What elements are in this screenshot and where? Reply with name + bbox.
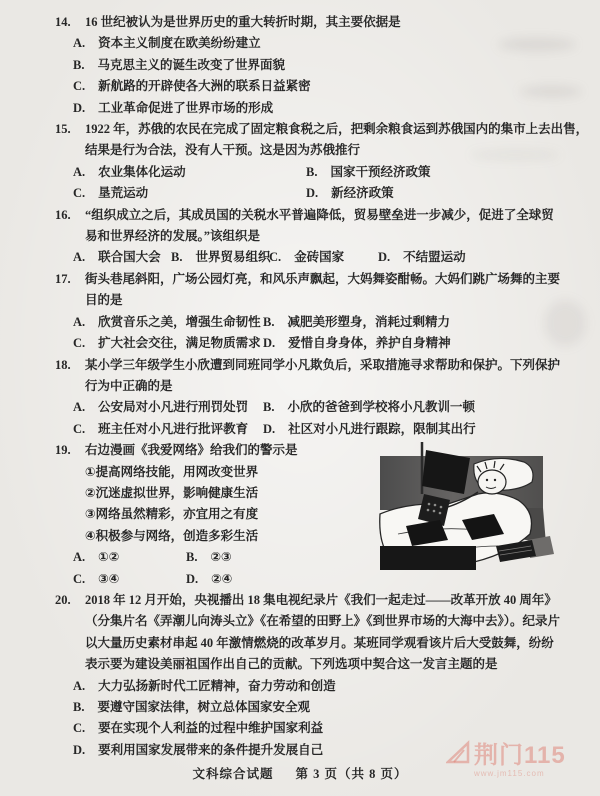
question-15-option-b: B.国家干预经济政策	[306, 162, 430, 183]
question-17-option-c: C.扩大社会交往，满足物质需求	[73, 333, 263, 354]
option-label: B.	[171, 247, 182, 268]
question-18-option-b: B.小欣的爸爸到学校将小凡教训一顿	[263, 397, 475, 418]
option-label: A.	[73, 676, 85, 697]
option-text: ③④	[98, 569, 119, 590]
option-text: 欣赏音乐之美，增强生命韧性	[98, 312, 261, 333]
option-text: 要在实现个人利益的过程中维护国家利益	[98, 718, 323, 739]
option-text: 金砖国家	[294, 247, 344, 268]
option-label: A.	[73, 397, 85, 418]
option-label: C.	[73, 569, 85, 590]
option-text: ①②	[98, 547, 119, 568]
exam-page-3: 14. 16 世纪被认为是世界历史的重大转折时期，其主要依据是 A.资本主义制度…	[0, 0, 600, 796]
option-text: 大力弘扬新时代工匠精神，奋力劳动和创造	[98, 676, 336, 697]
option-label: C.	[73, 183, 85, 204]
question-18-stem: 行为中正确的是	[85, 376, 572, 397]
question-18-option-c: C.班主任对小凡进行批评教育	[73, 419, 263, 440]
option-text: 要遵守国家法律，树立总体国家安全观	[97, 697, 310, 718]
option-text: 世界贸易组织	[195, 247, 270, 268]
question-20-option-b: B.要遵守国家法律，树立总体国家安全观	[73, 697, 572, 718]
question-14: 14. 16 世纪被认为是世界历史的重大转折时期，其主要依据是 A.资本主义制度…	[55, 12, 572, 119]
question-20-stem: 2018 年 12 月开始，央视播出 18 集电视纪录片《我们一起走过——改革开…	[85, 590, 572, 611]
question-20-stem: （分集片名《弄潮儿向涛头立》《在希望的田野上》《到世界市场的大海中去》）。纪录片	[85, 611, 572, 632]
question-16: 16. “组织成立之后，其成员国的关税水平普遍降低，贸易壁垒进一步减少，促进了全…	[55, 205, 572, 269]
option-text: 工业革命促进了世界市场的形成	[98, 98, 273, 119]
question-16-option-d: D.不结盟运动	[378, 247, 466, 268]
option-text: 马克思主义的诞生改变了世界面貌	[97, 55, 285, 76]
question-20: 20. 2018 年 12 月开始，央视播出 18 集电视纪录片《我们一起走过—…	[55, 590, 572, 761]
question-20-option-d: D.要利用国家发展带来的条件提升发展自己	[73, 740, 572, 761]
option-text: 班主任对小凡进行批评教育	[98, 419, 248, 440]
option-label: D.	[263, 333, 275, 354]
question-18: 18. 某小学三年级学生小欣遭到同班同学小凡欺负后，采取措施寻求帮助和保护。下列…	[55, 355, 572, 441]
option-text: 社区对小凡进行跟踪，限制其出行	[288, 419, 476, 440]
option-label: D.	[186, 569, 198, 590]
question-14-stem: 16 世纪被认为是世界历史的重大转折时期，其主要依据是	[85, 12, 572, 33]
question-14-option-a: A.资本主义制度在欧美纷纷建立	[73, 33, 572, 54]
option-label: B.	[73, 697, 84, 718]
option-text: 减肥美形塑身，消耗过剩精力	[287, 312, 450, 333]
option-text: ②④	[211, 569, 232, 590]
question-16-option-c: C.金砖国家	[269, 247, 378, 268]
option-label: B.	[186, 547, 197, 568]
option-label: D.	[263, 419, 275, 440]
option-text: 国家干预经济政策	[330, 162, 430, 183]
option-label: B.	[263, 397, 274, 418]
option-label: C.	[73, 333, 85, 354]
option-text: 新经济政策	[331, 183, 394, 204]
option-label: B.	[73, 55, 84, 76]
question-20-option-c: C.要在实现个人利益的过程中维护国家利益	[73, 718, 572, 739]
cartoon-person-in-bed-with-devices	[378, 442, 558, 584]
question-15: 15. 1922 年，苏俄的农民在完成了固定粮食税之后，把剩余粮食运到苏俄国内的…	[55, 119, 572, 205]
question-15-stem: 结果是行为合法，没有人干预。这是因为苏俄推行	[85, 140, 572, 161]
option-label: B.	[263, 312, 274, 333]
question-15-option-d: D.新经济政策	[306, 183, 394, 204]
option-label: C.	[73, 76, 85, 97]
question-18-option-a: A.公安局对小凡进行刑罚处罚	[73, 397, 263, 418]
option-label: C.	[73, 718, 85, 739]
question-14-option-b: B.马克思主义的诞生改变了世界面貌	[73, 55, 572, 76]
question-15-option-a: A.农业集体化运动	[73, 162, 306, 183]
question-16-option-a: A.联合国大会	[73, 247, 171, 268]
option-text: 小欣的爸爸到学校将小凡教训一顿	[287, 397, 475, 418]
question-14-option-c: C.新航路的开辟使各大洲的联系日益紧密	[73, 76, 572, 97]
option-label: D.	[73, 98, 85, 119]
question-19-option-c: C.③④	[73, 569, 186, 590]
option-text: 公安局对小凡进行刑罚处罚	[98, 397, 248, 418]
question-20-stem: 以大量历史素材串起 40 年激情燃烧的改革岁月。某班同学观看该片后大受鼓舞，纷纷	[85, 633, 572, 654]
option-label: C.	[73, 419, 85, 440]
option-label: A.	[73, 547, 85, 568]
option-text: 扩大社会交往，满足物质需求	[98, 333, 261, 354]
option-label: C.	[269, 247, 281, 268]
option-text: 新航路的开辟使各大洲的联系日益紧密	[98, 76, 311, 97]
question-18-option-d: D.社区对小凡进行跟踪，限制其出行	[263, 419, 476, 440]
question-17-stem: 街头巷尾斜阳，广场公园灯亮，和风乐声飘起，大妈舞姿酣畅。大妈们跳广场舞的主要	[85, 269, 572, 290]
option-label: D.	[73, 740, 85, 761]
option-label: A.	[73, 312, 85, 333]
option-label: B.	[306, 162, 317, 183]
option-text: 垦荒运动	[98, 183, 148, 204]
question-16-option-b: B.世界贸易组织	[171, 247, 269, 268]
question-19-option-d: D.②④	[186, 569, 232, 590]
option-label: A.	[73, 162, 85, 183]
option-text: 爱惜自身身体，养护自身精神	[288, 333, 451, 354]
question-20-stem: 表示要为建设美丽祖国作出自己的贡献。下列选项中契合这一发言主题的是	[85, 654, 572, 675]
option-text: 联合国大会	[98, 247, 161, 268]
option-text: 资本主义制度在欧美纷纷建立	[98, 33, 261, 54]
footer-paper-title: 文科综合试题	[192, 767, 273, 781]
question-17-stem: 目的是	[85, 290, 572, 311]
question-19: 19. 右边漫画《我爱网络》给我们的警示是 ①提高网络技能，用网改变世界 ②沉迷…	[55, 440, 572, 590]
page-footer: 文科综合试题第 3 页（共 8 页）	[0, 764, 600, 782]
footer-page-number: 第 3 页（共 8 页）	[296, 767, 408, 781]
option-text: ②③	[210, 547, 231, 568]
question-19-option-a: A.①②	[73, 547, 186, 568]
question-15-option-c: C.垦荒运动	[73, 183, 306, 204]
question-15-stem: 1922 年，苏俄的农民在完成了固定粮食税之后，把剩余粮食运到苏俄国内的集市上去…	[85, 119, 572, 140]
question-17-option-a: A.欣赏音乐之美，增强生命韧性	[73, 312, 263, 333]
question-17-option-b: B.减肥美形塑身，消耗过剩精力	[263, 312, 450, 333]
question-14-option-d: D.工业革命促进了世界市场的形成	[73, 98, 572, 119]
option-label: D.	[378, 247, 390, 268]
option-text: 要利用国家发展带来的条件提升发展自己	[98, 740, 323, 761]
question-17: 17. 街头巷尾斜阳，广场公园灯亮，和风乐声飘起，大妈舞姿酣畅。大妈们跳广场舞的…	[55, 269, 572, 355]
option-label: D.	[306, 183, 318, 204]
question-17-option-d: D.爱惜自身身体，养护自身精神	[263, 333, 451, 354]
question-16-stem: “组织成立之后，其成员国的关税水平普遍降低，贸易壁垒进一步减少，促进了全球贸	[85, 205, 572, 226]
question-20-option-a: A.大力弘扬新时代工匠精神，奋力劳动和创造	[73, 676, 572, 697]
question-18-stem: 某小学三年级学生小欣遭到同班同学小凡欺负后，采取措施寻求帮助和保护。下列保护	[85, 355, 572, 376]
question-19-option-b: B.②③	[186, 547, 232, 568]
option-text: 不结盟运动	[403, 247, 466, 268]
option-text: 农业集体化运动	[98, 162, 186, 183]
option-label: A.	[73, 33, 85, 54]
option-label: A.	[73, 247, 85, 268]
question-16-stem: 易和世界经济的发展。”该组织是	[85, 226, 572, 247]
